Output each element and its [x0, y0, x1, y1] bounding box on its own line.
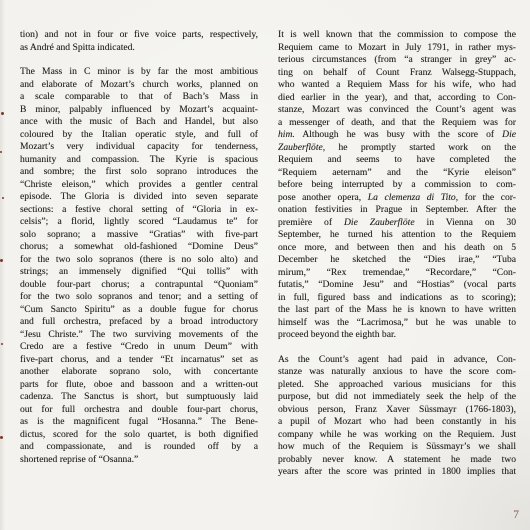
text-line: and elaborate of Mozart’s church works, …	[20, 79, 258, 92]
paragraph: tion) and not in four or five voice part…	[20, 29, 258, 54]
text-line: humanity and compassion. The Kyrie is sp…	[20, 154, 258, 167]
text-line: chorus; a somewhat old-fashioned “Domine…	[20, 241, 258, 254]
text-line: Credo are a festive “Credo in unum Deum”…	[20, 341, 258, 354]
text-line: a scale comparable to that of Bach’s Mas…	[20, 91, 258, 104]
text-line: première of Die Zauberflöte in Vienna on…	[278, 217, 516, 230]
text-line: “Cum Sancto Spiritu” as a double fugue f…	[20, 304, 258, 317]
scan-speck	[0, 151, 2, 153]
text-line: onation festivities in Prague in Septemb…	[278, 204, 516, 217]
text-line: pose another opera, La clemenza di Tito,…	[278, 192, 516, 205]
text-line: ance with the music of Bach and Handel, …	[20, 116, 258, 129]
text-line: double four-part chorus; a contrapuntal …	[20, 279, 258, 292]
text-line: pleted. She approached various musicians…	[278, 379, 516, 392]
text-line: stanze was naturally anxious to have the…	[278, 366, 516, 379]
text-line: strings; an immensely dignified “Qui tol…	[20, 266, 258, 279]
scan-speck	[1, 112, 4, 115]
text-line: mirum,” “Rex tremendae,” “Recordare,” “C…	[278, 267, 516, 280]
paragraph: It is well known that the commission to …	[278, 29, 516, 342]
text-line: years after the score was printed in 180…	[278, 466, 516, 479]
text-line: “Jesu Christe.” The two surviving moveme…	[20, 329, 258, 342]
text-line: ting on behalf of Count Franz Walsegg-St…	[278, 67, 516, 80]
text-line: him. Although he was busy with the score…	[278, 129, 516, 142]
scan-speck	[2, 197, 4, 199]
text-line: proceed beyond the eighth bar.	[278, 329, 516, 342]
text-line: as is the magnificent fugal “Hosanna.” T…	[20, 416, 258, 429]
text-line: and compassionate, and is rounded off by…	[20, 441, 258, 454]
text-line: shortened reprise of “Osanna.”	[20, 454, 258, 467]
text-line: Mozart’s very individual capacity for te…	[20, 141, 258, 154]
text-line: and full orchestra, prefaced by a broad …	[20, 316, 258, 329]
text-line: before being interrupted by a commission…	[278, 179, 516, 192]
text-line: futatis,” “Domine Jesu” and “Hostias” (v…	[278, 279, 516, 292]
text-line: the last part of the Mass he is known to…	[278, 304, 516, 317]
text-line: probably never know. A statement he made…	[278, 454, 516, 467]
text-line: celsis”; a florid, lightly scored “Lauda…	[20, 216, 258, 229]
text-line: died earlier in the year), and that, acc…	[278, 92, 516, 105]
text-line: Requiem and seems to have completed the	[278, 154, 516, 167]
text-line: as André and Spitta indicated.	[20, 42, 258, 55]
scan-speck	[0, 259, 3, 262]
page-number: 7	[513, 509, 519, 521]
paragraph: As the Count’s agent had paid in advance…	[278, 354, 516, 479]
text-line: purpose, but did not immediately seek th…	[278, 391, 516, 404]
text-line: five-part chorus, and a tender “Et incar…	[20, 354, 258, 367]
text-line: As the Count’s agent had paid in advance…	[278, 354, 516, 367]
text-line: episode. The Gloria is divided into seve…	[20, 191, 258, 204]
text-line: for the two solo sopranos (there is no s…	[20, 254, 258, 267]
right-column: It is well known that the commission to …	[278, 29, 516, 479]
text-line: cadenza. The Sanctus is short, but sumpt…	[20, 391, 258, 404]
text-line: September, he turned his attention to th…	[278, 229, 516, 242]
text-line: a pupil of Mozart who had been constantl…	[278, 416, 516, 429]
booklet-page: tion) and not in four or five voice part…	[0, 0, 530, 530]
text-line: a messenger of death, and that the Requi…	[278, 117, 516, 130]
text-line: Requiem came to Mozart in July 1791, in …	[278, 42, 516, 55]
text-line: obvious person, Franz Xaver Süssmayr (17…	[278, 404, 516, 417]
text-line: tion) and not in four or five voice part…	[20, 29, 258, 42]
text-line: stanze, Mozart was convinced the Count’s…	[278, 104, 516, 117]
text-line: parts for flute, oboe and bassoon and a …	[20, 379, 258, 392]
text-line: “Christe eleison,” which provides a gent…	[20, 179, 258, 192]
text-line: and sombre; the first solo soprano intro…	[20, 166, 258, 179]
text-line: out for full orchestra and double four-p…	[20, 404, 258, 417]
text-line: dictus, scored for the solo quartet, is …	[20, 429, 258, 442]
text-line: himself was the “Lacrimosa,” but he was …	[278, 317, 516, 330]
paragraph: The Mass in C minor is by far the most a…	[20, 66, 258, 466]
text-line: in full, figured bass and indications as…	[278, 292, 516, 305]
scan-speck	[1, 343, 3, 345]
text-line: another elaborate soprano solo, with con…	[20, 366, 258, 379]
text-line: B minor, palpably influenced by Mozart’s…	[20, 104, 258, 117]
text-line: once more, and between then and his deat…	[278, 242, 516, 255]
text-line: company while he was working on the Requ…	[278, 429, 516, 442]
text-line: Zauberflöte, he promptly started work on…	[278, 142, 516, 155]
scan-speck	[0, 436, 3, 439]
text-line: how much of the Requiem is Süssmayr’s we…	[278, 441, 516, 454]
text-line: It is well known that the commission to …	[278, 29, 516, 42]
text-line: coloured by the Italian operatic style, …	[20, 129, 258, 142]
text-line: sections: a festive choral setting of “G…	[20, 204, 258, 217]
text-line: The Mass in C minor is by far the most a…	[20, 66, 258, 79]
text-line: solo soprano; a massive “Gratias” with f…	[20, 229, 258, 242]
text-line: “Requiem aeternam” and the “Kyrie eleiso…	[278, 167, 516, 180]
text-line: December he sketched the “Dies irae,” “T…	[278, 254, 516, 267]
text-line: terious circumstances (from “a stranger …	[278, 54, 516, 67]
text-line: who wanted a Requiem Mass for his wife, …	[278, 79, 516, 92]
left-column: tion) and not in four or five voice part…	[20, 29, 258, 466]
text-line: for the two solo sopranos and tenor; and…	[20, 291, 258, 304]
